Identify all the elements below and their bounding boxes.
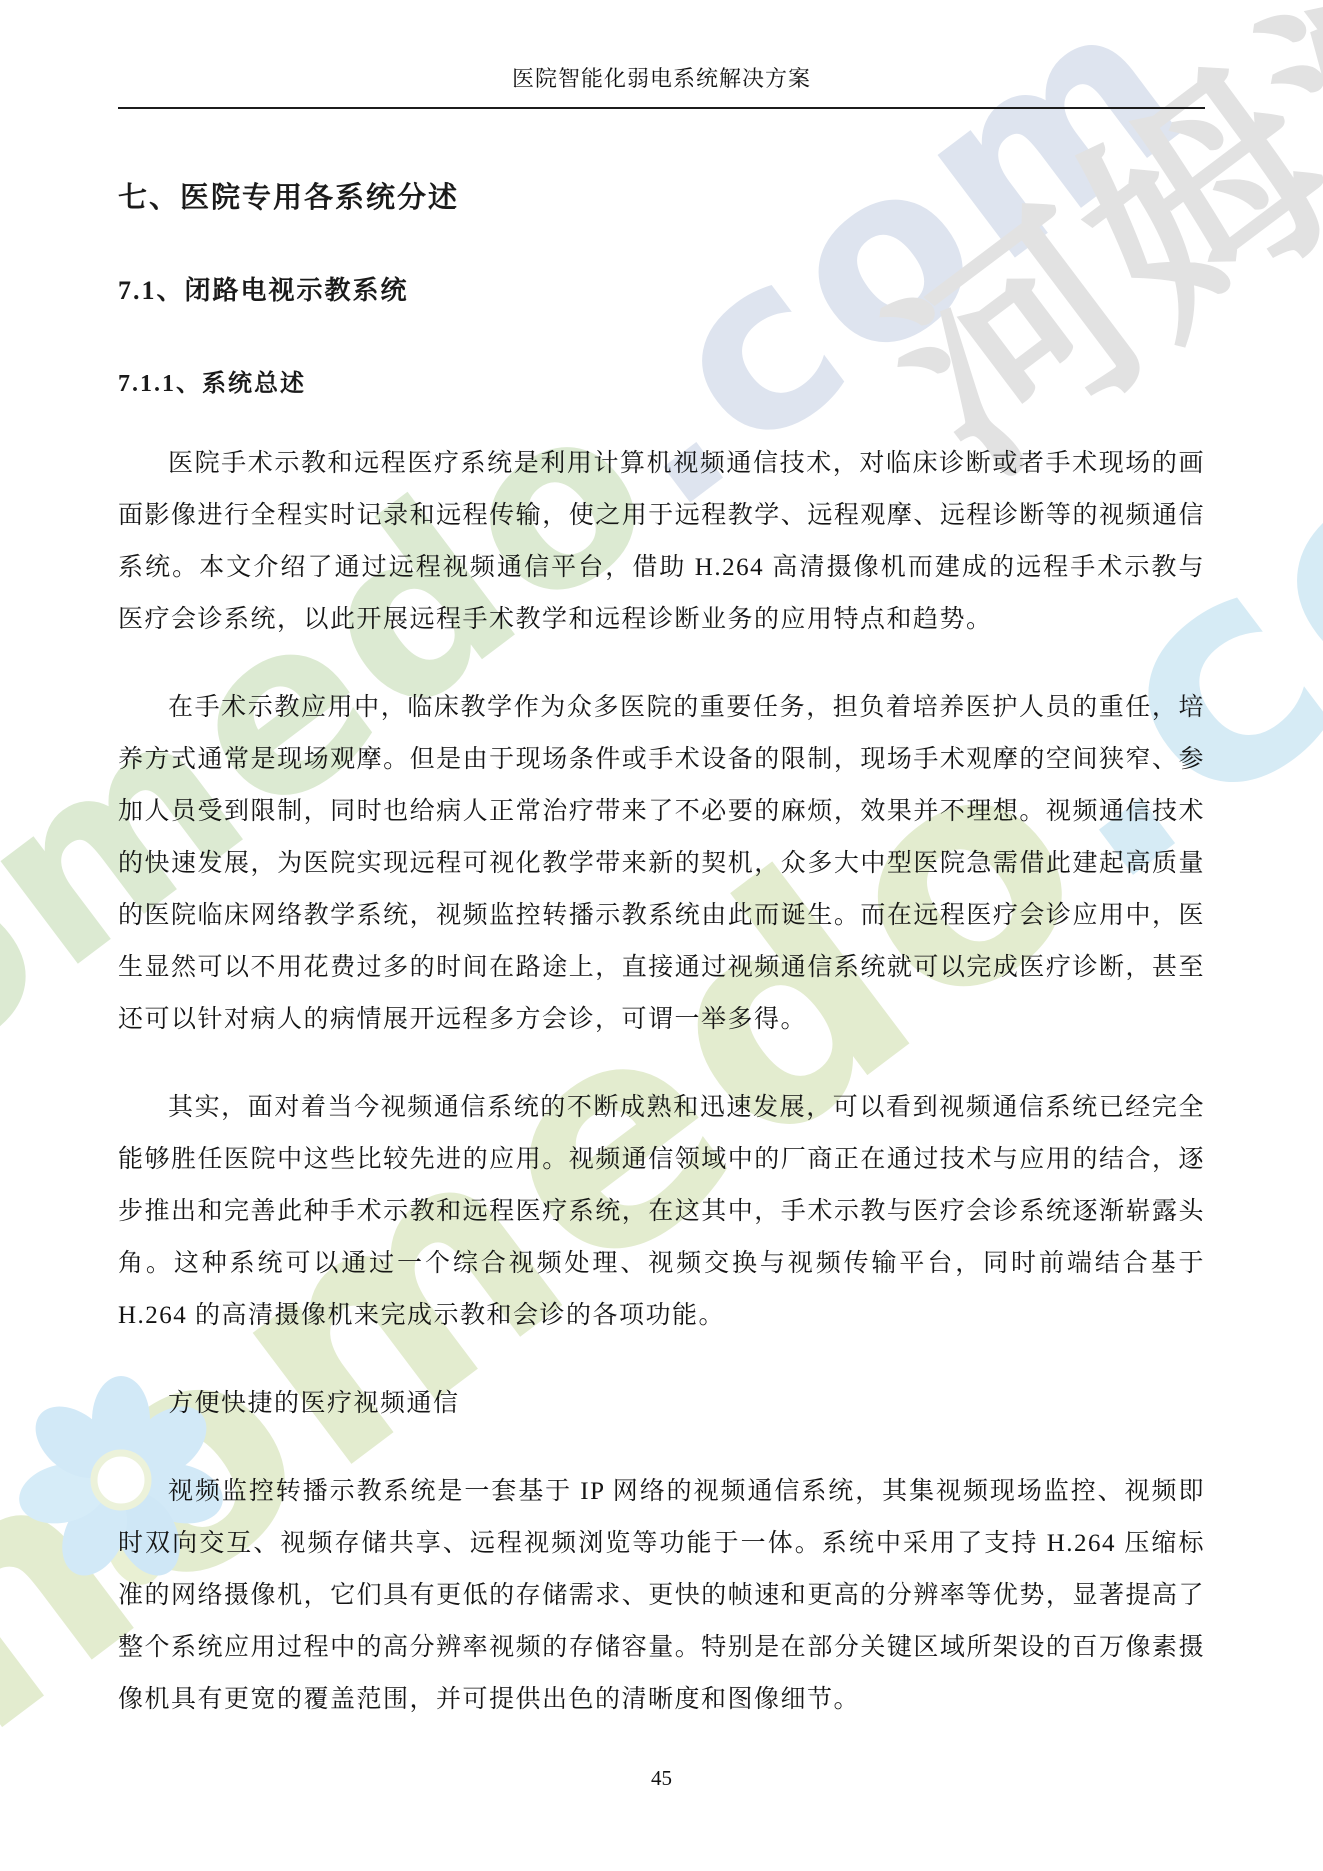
paragraph-system-overview: 医院手术示教和远程医疗系统是利用计算机视频通信技术，对临床诊断或者手术现场的画面… bbox=[118, 438, 1205, 646]
subsubsection-heading: 7.1.1、系统总述 bbox=[118, 363, 1205, 398]
paragraph-ip-network-system: 视频监控转播示教系统是一套基于 IP 网络的视频通信系统，其集视频现场监控、视频… bbox=[118, 1466, 1205, 1726]
subsection-heading: 7.1、闭路电视示教系统 bbox=[118, 270, 1205, 307]
page-number: 45 bbox=[0, 1766, 1323, 1791]
document-content: 医院智能化弱电系统解决方案 七、医院专用各系统分述 7.1、闭路电视示教系统 7… bbox=[0, 62, 1323, 1726]
inline-subtitle-video-communication: 方便快捷的医疗视频通信 bbox=[118, 1378, 1205, 1430]
paragraph-teaching-application: 在手术示教应用中，临床教学作为众多医院的重要任务，担负着培养医护人员的重任，培养… bbox=[118, 682, 1205, 1046]
section-heading: 七、医院专用各系统分述 bbox=[118, 175, 1205, 216]
header-rule bbox=[118, 107, 1205, 109]
paragraph-market-development: 其实，面对着当今视频通信系统的不断成熟和迅速发展，可以看到视频通信系统已经完全能… bbox=[118, 1082, 1205, 1342]
document-page: homedo.com homedo.com 河姆渡 医院智能化弱电系统解决方案 … bbox=[0, 0, 1323, 1871]
running-header-title: 医院智能化弱电系统解决方案 bbox=[118, 62, 1205, 93]
